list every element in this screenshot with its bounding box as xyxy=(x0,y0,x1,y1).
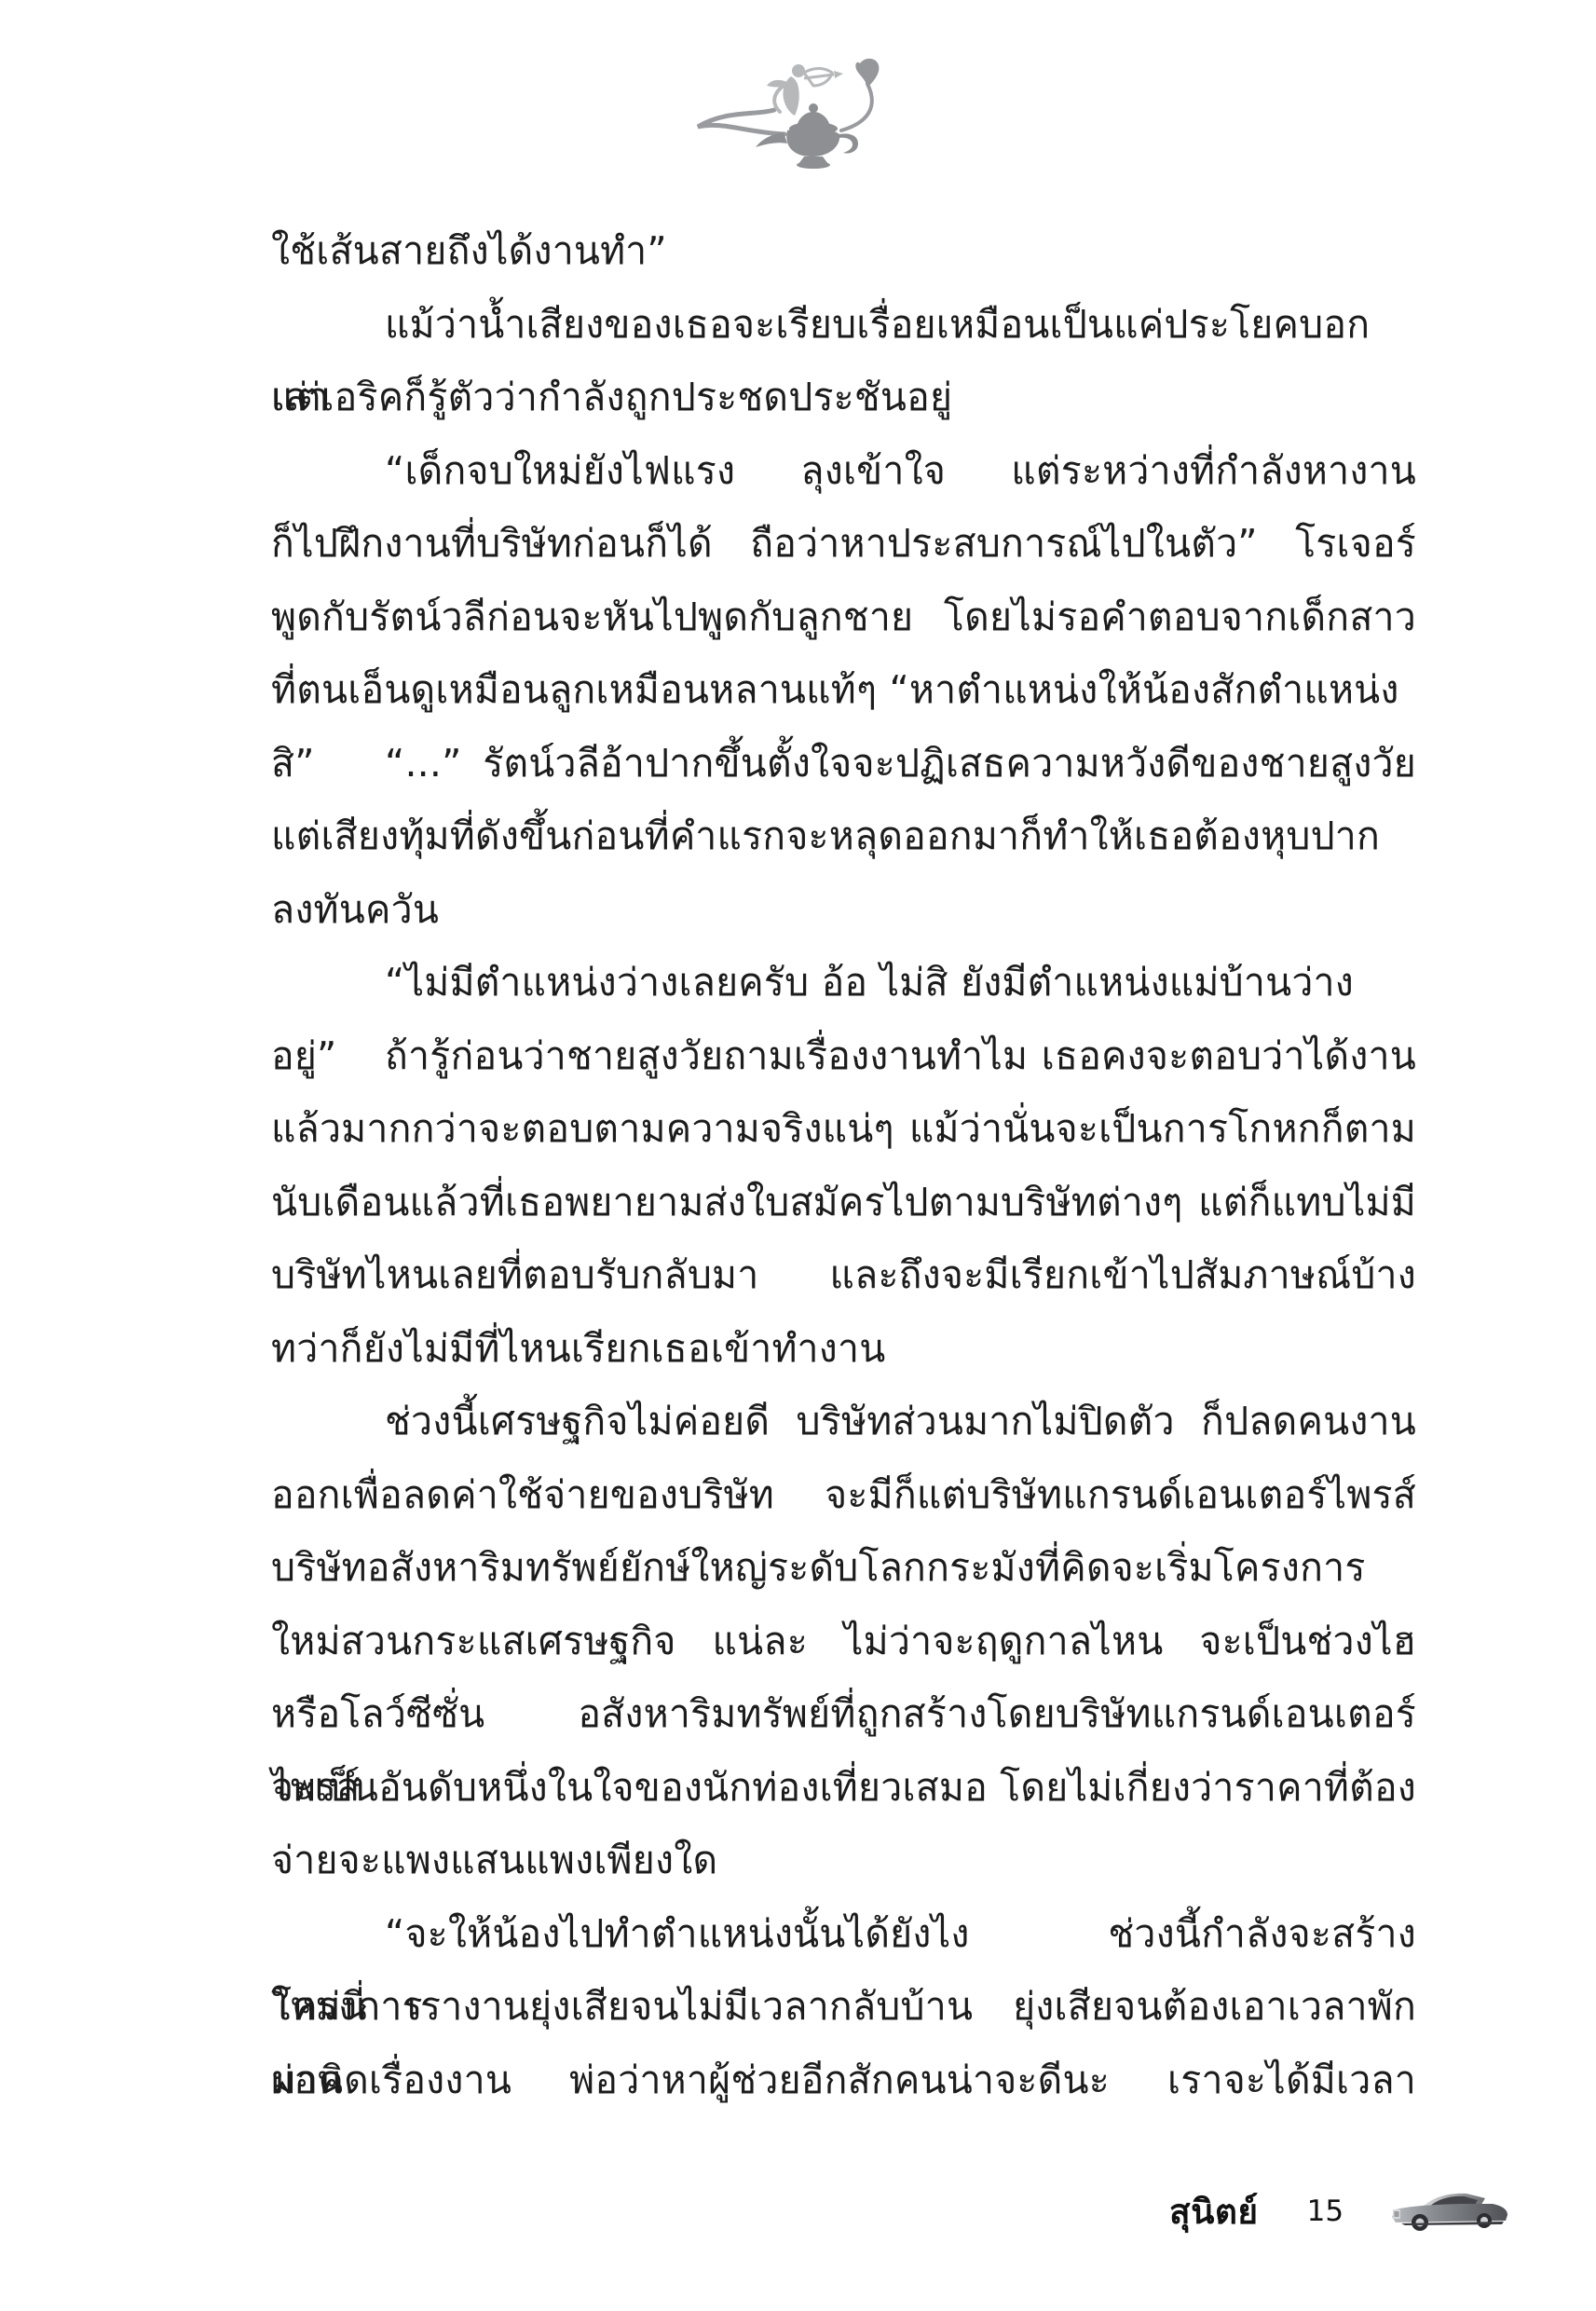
text-line: แม้ว่าน้ำเสียงของเธอจะเรียบเรื่อยเหมือนเ… xyxy=(271,288,1416,362)
text-line: “ไม่มีตำแหน่งว่างเลยครับ อ้อ ไม่สิ ยังมี… xyxy=(271,946,1416,1019)
text-line: จะเป็นอันดับหนึ่งในใจของนักท่องเที่ยวเสม… xyxy=(271,1751,1416,1825)
text-line: ช่วงนี้เศรษฐกิจไม่ค่อยดี บริษัทส่วนมากไม… xyxy=(271,1385,1416,1458)
author-name: สุนิตย์ xyxy=(1169,2184,1259,2239)
text-line: ก็ไปฝึกงานที่บริษัทก่อนก็ได้ ถือว่าหาประ… xyxy=(271,507,1416,581)
text-line: ลงทันควัน xyxy=(271,873,1416,947)
text-line: บริษัทไหนเลยที่ตอบรับกลับมา และถึงจะมีเร… xyxy=(271,1238,1416,1312)
text-line: นับเดือนแล้วที่เธอพยายามส่งใบสมัครไปตามบ… xyxy=(271,1166,1416,1239)
luxury-car-icon xyxy=(1388,2189,1511,2234)
text-line: ใหม่สวนกระแสเศรษฐกิจ แน่ละ ไม่ว่าจะฤดูกา… xyxy=(271,1605,1416,1678)
text-line: แต่เสียงทุ้มที่ดังขึ้นก่อนที่คำแรกจะหลุด… xyxy=(271,800,1416,873)
page-footer: สุนิตย์ 15 xyxy=(1169,2185,1511,2237)
text-line: ที่ตนเอ็นดูเหมือนลูกเหมือนหลานแท้ๆ “หาตำ… xyxy=(271,653,1416,727)
text-line: “เด็กจบใหม่ยังไฟแรง ลุงเข้าใจ แต่ระหว่าง… xyxy=(271,434,1416,508)
text-line: ทว่าก็ยังไม่มีที่ไหนเรียกเธอเข้าทำงาน xyxy=(271,1312,1416,1386)
text-line: หรือโลว์ซีซั่น อสังหาริมทรัพย์ที่ถูกสร้า… xyxy=(271,1677,1416,1751)
text-line: บริษัทอสังหาริมทรัพย์ยักษ์ใหญ่ระดับโลกกร… xyxy=(271,1531,1416,1605)
text-line: ใช้เส้นสายถึงได้งานทำ” xyxy=(271,214,1416,288)
text-line: แล้วมากกว่าจะตอบตามความจริงแน่ๆ แม้ว่านั… xyxy=(271,1092,1416,1166)
cupid-lamp-ornament xyxy=(694,54,899,170)
text-line: มาคิดเรื่องงาน พ่อว่าหาผู้ช่วยอีกสักคนน่… xyxy=(271,2044,1416,2117)
text-line: “...” รัตน์วลีอ้าปากขึ้นตั้งใจจะปฏิเสธคว… xyxy=(271,727,1416,800)
text-line: จ่ายจะแพงแสนแพงเพียงใด xyxy=(271,1824,1416,1897)
text-line: ใหม่นี่ เรางานยุ่งเสียจนไม่มีเวลากลับบ้า… xyxy=(271,1970,1416,2044)
text-line: ถ้ารู้ก่อนว่าชายสูงวัยถามเรื่องงานทำไม เ… xyxy=(271,1019,1416,1093)
text-line: พูดกับรัตน์วลีก่อนจะหันไปพูดกับลูกชาย โด… xyxy=(271,581,1416,654)
page-number: 15 xyxy=(1307,2195,1344,2228)
cupid-lamp-icon xyxy=(694,54,899,170)
text-line: “จะให้น้องไปทำตำแหน่งนั้นได้ยังไง ช่วงนี… xyxy=(271,1897,1416,1971)
text-line: แต่เอริคก็รู้ตัวว่ากำลังถูกประชดประชันอย… xyxy=(271,361,1416,434)
body-text: ใช้เส้นสายถึงได้งานทำ”แม้ว่าน้ำเสียงของเ… xyxy=(271,214,1416,2116)
text-line: ออกเพื่อลดค่าใช้จ่ายของบริษัท จะมีก็แต่บ… xyxy=(271,1458,1416,1532)
